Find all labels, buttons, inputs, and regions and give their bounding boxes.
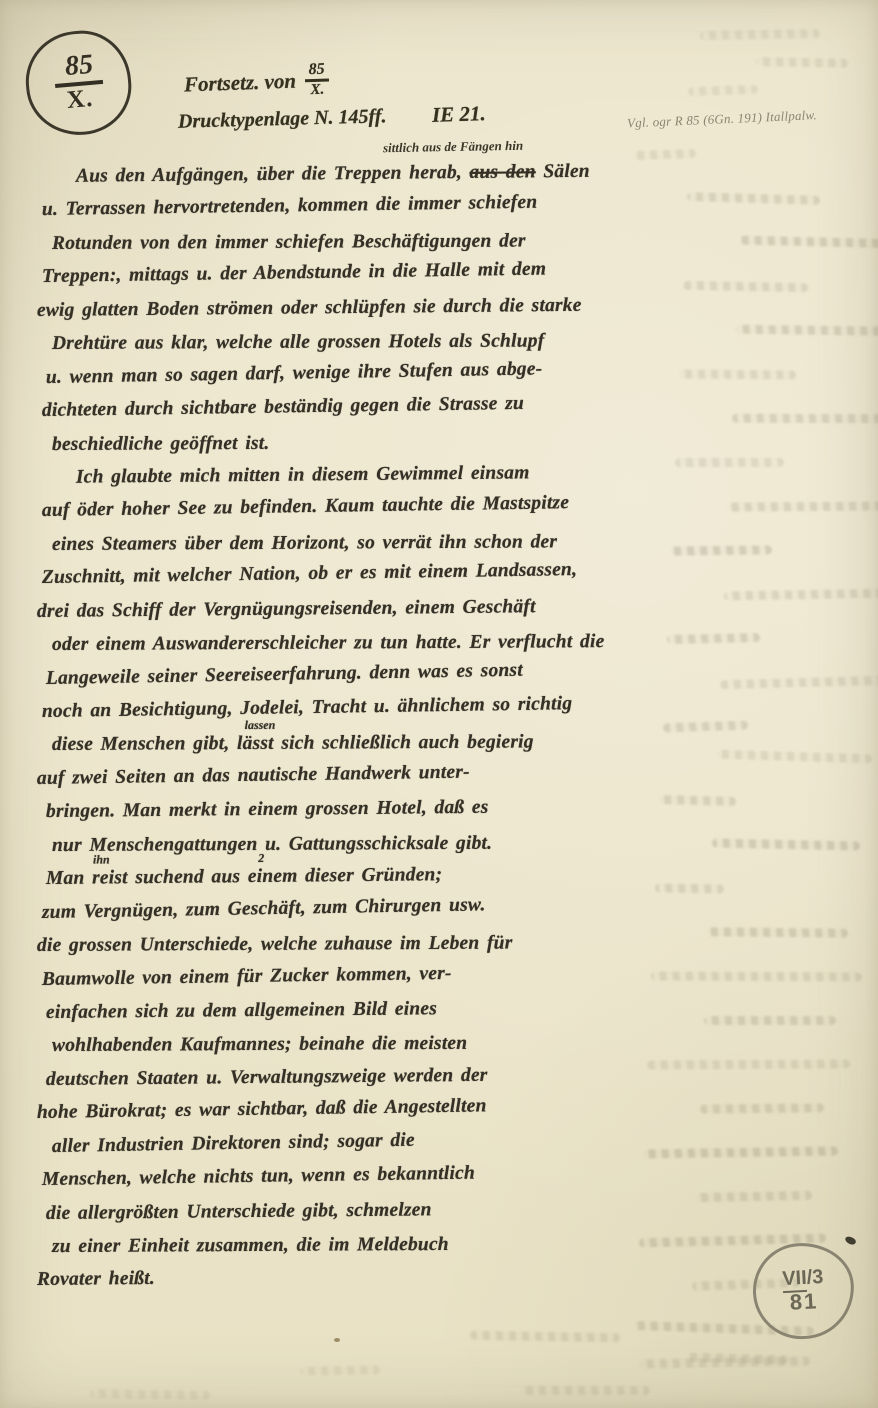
header-fraction-top: 85	[304, 61, 329, 82]
bleed-through-mark	[663, 721, 748, 733]
bleed-through-mark	[300, 1365, 380, 1375]
bleed-through-mark	[667, 633, 760, 644]
bleed-through-mark	[700, 29, 820, 40]
bleed-through-mark	[659, 795, 736, 806]
bleed-through-mark	[640, 1357, 810, 1369]
pencil-catalog-note: Vgl. ogr R 85 (6Gn. 191) Itallpalw.	[627, 105, 877, 132]
header-signature-note: IE 21.	[432, 101, 487, 128]
bleed-through-mark	[704, 1016, 836, 1025]
bleed-through-mark	[700, 1103, 824, 1113]
struck-text: aus den	[469, 161, 535, 183]
bleed-through-mark	[683, 281, 808, 292]
bleed-through-mark	[671, 545, 772, 555]
folio-circle-mark: 85 X.	[22, 27, 136, 140]
manuscript-line: Zuschnitt, mit welcher Nation, ob er es …	[42, 554, 636, 596]
header-interlinear-note: sittlich aus de Fängen hin	[383, 138, 523, 156]
interlinear-insert: 2	[258, 852, 264, 864]
bleed-through-mark	[651, 971, 862, 981]
bleed-through-mark	[655, 883, 724, 893]
paragraph: Ich glaubte mich mitten in diesem Gewimm…	[46, 463, 636, 1299]
header-fraction: 85 X.	[304, 61, 329, 98]
bleed-through-mark	[688, 85, 758, 96]
manuscript-line: auf öder hoher See zu befinden. Kaum tau…	[42, 488, 636, 530]
bleed-through-mark	[643, 1146, 838, 1158]
header-continuation-note: Fortsetz. von 85 X.	[183, 61, 329, 102]
folio-numerator: 85	[64, 51, 94, 81]
bleed-through-mark	[675, 458, 784, 467]
archive-stamp-suffix: /3	[806, 1266, 824, 1289]
header-reference-note: Drucktypenlage N. 145ff.	[178, 105, 387, 133]
header-fraction-bottom: X.	[310, 82, 324, 98]
continuation-label: Fortsetz. von	[184, 68, 297, 97]
paragraph: Aus den Aufgängen, über die Treppen hera…	[46, 162, 636, 463]
manuscript-line: einfachen sich zu dem allgemeinen Bild e…	[46, 992, 636, 1031]
bleed-through-mark	[647, 1059, 850, 1069]
bleed-through-mark	[470, 1331, 620, 1343]
bleed-through-mark	[712, 838, 860, 850]
bleed-through-mark	[634, 149, 696, 160]
interlinear-insert: ihn	[93, 854, 110, 866]
ink-fleck	[844, 1235, 857, 1247]
manuscript-page: 85 X. Fortsetz. von 85 X. Drucktypenlage…	[0, 0, 878, 1408]
bleed-through-mark	[696, 1191, 812, 1202]
manuscript-line: bringen. Man merkt in einem grossen Hote…	[46, 792, 636, 831]
manuscript-line: u. Terrassen hervortretenden, kommen die…	[42, 187, 636, 229]
bleed-through-mark	[728, 501, 878, 511]
bleed-through-mark	[732, 414, 878, 424]
bleed-through-mark	[90, 1389, 210, 1400]
manuscript-line: Rovater heißt.	[37, 1260, 636, 1299]
manuscript-line: drei das Schiff der Vergnügungsreisenden…	[37, 591, 636, 630]
paper-speck	[334, 1338, 340, 1342]
bleed-through-mark	[716, 750, 872, 764]
manuscript-line: die allergrößten Unterschiede gibt, schm…	[46, 1193, 636, 1232]
bleed-through-mark	[520, 1386, 650, 1395]
manuscript-line: ewig glatten Boden strömen oder schlüpfe…	[37, 290, 636, 329]
manuscript-line: Treppen:, mittags u. der Abendstunde in …	[42, 254, 636, 296]
bleed-through-mark	[720, 676, 878, 690]
bleed-through-mark	[679, 369, 796, 379]
folio-denominator: X.	[66, 86, 95, 114]
bleed-through-mark	[687, 192, 820, 205]
manuscript-body: Aus den Aufgängen, über die Treppen hera…	[46, 162, 636, 1299]
bleed-through-mark	[708, 927, 848, 937]
interlinear-insert: lassen	[245, 719, 276, 731]
archive-stamp-number: 81	[789, 1289, 819, 1316]
bleed-through-mark	[736, 325, 878, 337]
bleed-through-mark	[724, 588, 878, 600]
bleed-through-mark	[740, 236, 878, 250]
bleed-through-mark	[756, 57, 848, 68]
